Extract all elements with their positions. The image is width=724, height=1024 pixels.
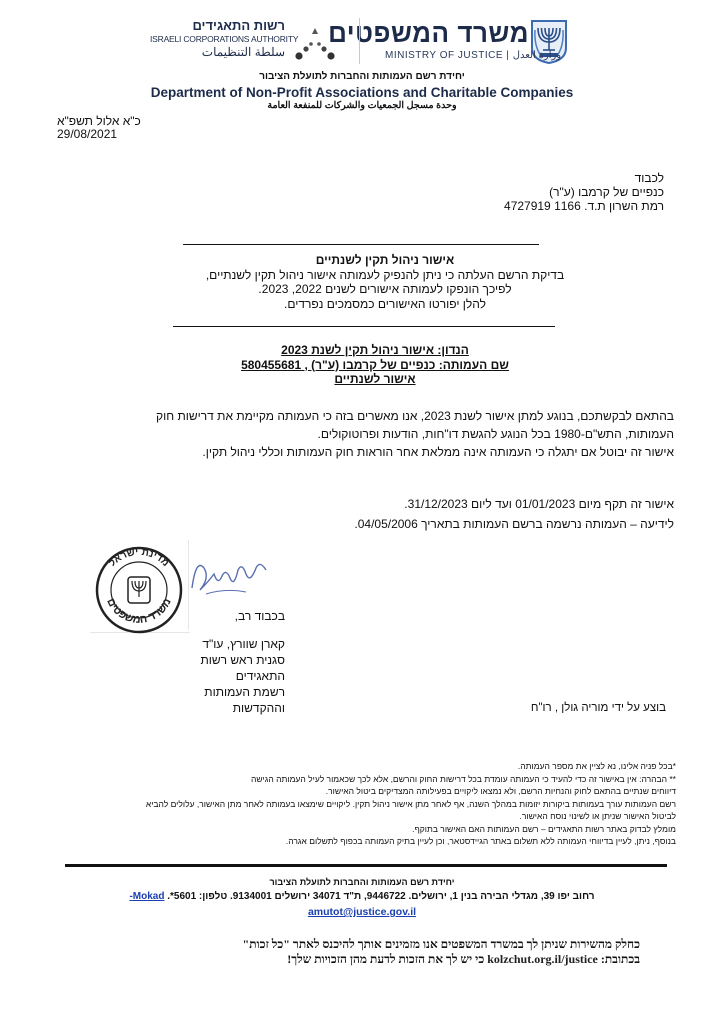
authority-name-hebrew: רשות התאגידים bbox=[185, 18, 285, 33]
summary-line: להלן יפורטו האישורים כמסמכים נפרדים. bbox=[150, 297, 620, 312]
handwritten-signature-icon bbox=[186, 548, 276, 606]
footer-address: רחוב יפו 39, מגדלי הבירה בנין 1, ירושלים… bbox=[167, 891, 594, 902]
recipient-block: לכבוד כנפיים של קרמבו (ע"ר) רמת השרון ת.… bbox=[404, 171, 664, 213]
summary-line: בדיקת הרשם העלתה כי ניתן להנפיק לעמותה א… bbox=[150, 268, 620, 283]
email-link[interactable]: amutot@justice.gov.il bbox=[308, 906, 416, 918]
moked-link[interactable]: Mokad- bbox=[129, 891, 164, 902]
subject-line: הנדון: אישור ניהול תקין לשנת 2023 bbox=[281, 343, 469, 357]
subject-block: הנדון: אישור ניהול תקין לשנת 2023 שם העמ… bbox=[150, 343, 600, 387]
signatory-role: רשמת העמותות וההקדשות bbox=[150, 684, 285, 716]
footer-email-line: amutot@justice.gov.il bbox=[0, 906, 724, 918]
header-divider bbox=[359, 18, 360, 64]
hebrew-date: כ"א אלול תשפ"א bbox=[57, 114, 141, 128]
footer-divider bbox=[65, 864, 667, 867]
association-name-line: שם העמותה: כנפיים של קרמבו (ע"ר) , 58045… bbox=[241, 358, 509, 372]
ministry-name-sub: MINISTRY OF JUSTICE | وزارة العدل bbox=[385, 50, 561, 61]
svg-text:מדינת ישראל: מדינת ישראל bbox=[106, 547, 171, 569]
kolzchut-link[interactable]: kolzchut.org.il/justice bbox=[487, 952, 598, 966]
footnote: בנוסף, ניתן, לעיין בדיווחי העמותה ללא תש… bbox=[36, 835, 676, 848]
registration-date: לידיעה – העמותה נרשמה ברשם העמותות בתארי… bbox=[174, 514, 674, 534]
footnote: דיווחים שנתיים בהתאם לחוק והנחיות הרשם, … bbox=[36, 785, 676, 798]
summary-block: אישור ניהול תקין לשנתיים בדיקת הרשם העלת… bbox=[150, 253, 620, 311]
footnote: לביטול האישור שניתן או לשינוי נוסח האישו… bbox=[36, 810, 676, 823]
validity-period: אישור זה תקף מיום 01/01/2023 ועד ליום 31… bbox=[174, 494, 674, 514]
recipient-address: רמת השרון ת.ד. 1166 4727919 bbox=[404, 199, 664, 213]
footer-address-line: רחוב יפו 39, מגדלי הבירה בנין 1, ירושלים… bbox=[0, 891, 724, 902]
kolzchut-suffix: כי יש לך את הזכות לדעת מהן הזכויות שלך! bbox=[287, 952, 487, 966]
footnotes: *בכל פניה אלינו, נא לציין את מספר העמותה… bbox=[36, 760, 676, 848]
closing: בכבוד רב, bbox=[150, 608, 285, 624]
kolzchut-notice: כחלק מהשירות שניתן לך במשרד המשפטים אנו … bbox=[120, 937, 640, 967]
recipient-salutation: לכבוד bbox=[404, 171, 664, 185]
body-paragraph: בהתאם לבקשתכם, בנוגע למתן אישור לשנת 202… bbox=[54, 407, 674, 461]
department-name-hebrew: יחידת רשם העמותות והחברות לתועלת הציבור bbox=[0, 71, 724, 82]
signatory-block: בכבוד רב, קארן שוורץ, עו"ד סגנית ראש רשו… bbox=[150, 608, 285, 716]
footer-unit: יחידת רשם העמותות והחברות לתועלת הציבור bbox=[0, 877, 724, 887]
prepared-by: בוצע על ידי מוריה גולן , רו"ח bbox=[531, 702, 666, 714]
body-line: בהתאם לבקשתכם, בנוגע למתן אישור לשנת 202… bbox=[54, 407, 674, 425]
signatory-name: קארן שוורץ, עו"ד bbox=[150, 636, 285, 652]
summary-line: לפיכך הונפקו לעמותה אישורים לשנים 2022, … bbox=[150, 282, 620, 297]
kolzchut-line: כחלק מהשירות שניתן לך במשרד המשפטים אנו … bbox=[120, 937, 640, 952]
divider-top bbox=[183, 244, 539, 245]
approval-type-line: אישור לשנתיים bbox=[334, 372, 415, 386]
body-line: אישור זה יבוטל אם יתגלה כי העמותה אינה מ… bbox=[54, 443, 674, 461]
footnote: רשם העמותות עורך בעמותות ביקורות יזומות … bbox=[36, 798, 676, 811]
summary-title: אישור ניהול תקין לשנתיים bbox=[150, 253, 620, 268]
body-line: העמותות, התש"ם-1980 בכל הנוגע להגשת דו"ח… bbox=[54, 425, 674, 443]
recipient-name: כנפיים של קרמבו (ע"ר) bbox=[404, 185, 664, 199]
signatory-title: סגנית ראש רשות התאגידים bbox=[150, 652, 285, 684]
footnote: מומלץ לבדוק באתר רשות התאגידים – רשם העמ… bbox=[36, 823, 676, 836]
divider-bottom bbox=[173, 326, 555, 327]
footnote: *בכל פניה אלינו, נא לציין את מספר העמותה… bbox=[36, 760, 676, 773]
department-name-english: Department of Non-Profit Associations an… bbox=[0, 85, 724, 100]
stamp-text-top: מדינת ישראל bbox=[106, 547, 171, 569]
authority-name-arabic: سلطة التنظيمات bbox=[185, 45, 285, 59]
footnote: ** הבהרה: אין באישור זה כדי להעיד כי העמ… bbox=[36, 773, 676, 786]
gregorian-date: 29/08/2021 bbox=[57, 127, 117, 141]
authority-name-english: ISRAELI CORPORATIONS AUTHORITY bbox=[150, 34, 286, 44]
validity-block: אישור זה תקף מיום 01/01/2023 ועד ליום 31… bbox=[174, 494, 674, 534]
department-name-arabic: وحدة مسجل الجمعيات والشركات للمنفعة العا… bbox=[0, 100, 724, 111]
kolzchut-prefix: בכתובת: bbox=[598, 952, 640, 966]
